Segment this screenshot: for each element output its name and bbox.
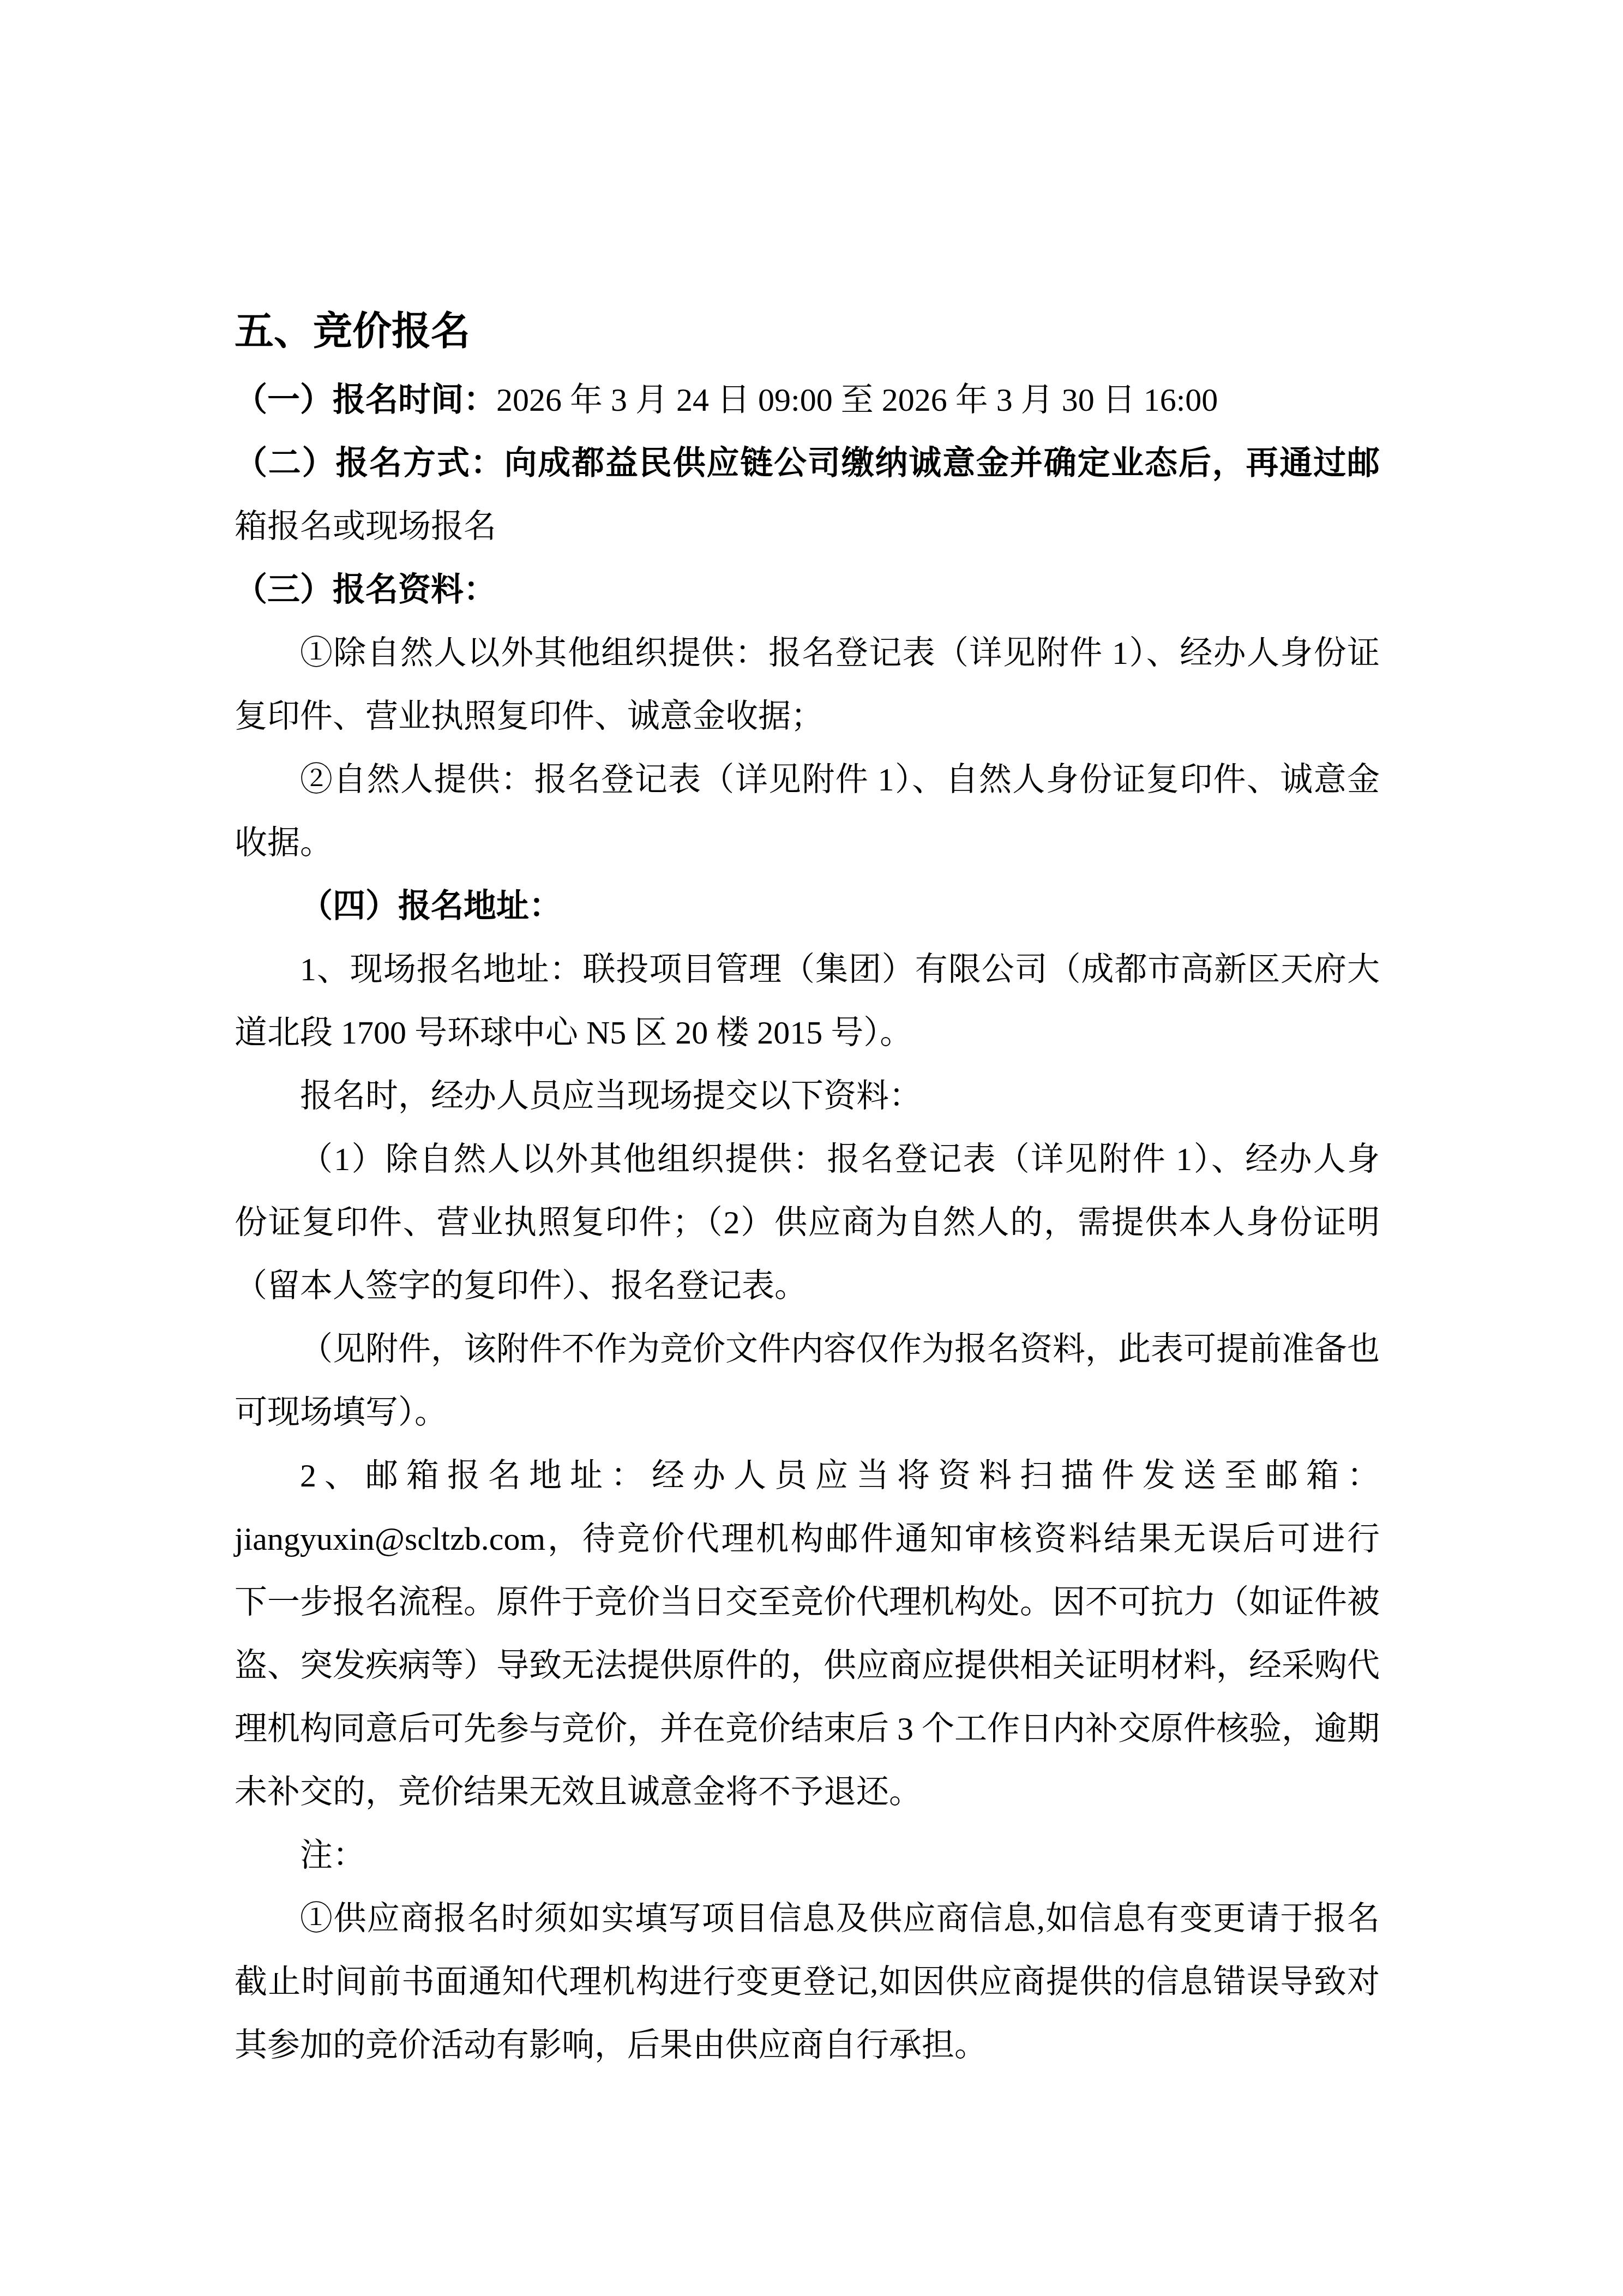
text-segment: 1、现场报名地址：联投项目管理（集团）有限公司（成都市高新区天府大 xyxy=(300,951,1380,987)
text-segment: ①除自然人以外其他组织提供：报名登记表（详见附件 1）、经办人身份证 xyxy=(300,635,1380,671)
text-line: ②自然人提供：报名登记表（详见附件 1）、自然人身份证复印件、诚意金 xyxy=(235,748,1380,811)
text-segment-bold: （二）报名方式：向成都益民供应链公司缴纳诚意金并确定业态后，再通过邮 xyxy=(235,445,1380,481)
text-segment: jiangyuxin@scltzb.com，待竞价代理机构邮件通知审核资料结果无… xyxy=(235,1521,1380,1557)
text-segment-bold: （三）报名资料： xyxy=(235,572,496,608)
text-line: 盗、突发疾病等）导致无法提供原件的，供应商应提供相关证明材料，经采购代 xyxy=(235,1634,1380,1697)
text-segment: 可现场填写）。 xyxy=(235,1394,447,1430)
text-line: 未补交的，竞价结果无效且诚意金将不予退还。 xyxy=(235,1760,1380,1824)
text-line: ①供应商报名时须如实填写项目信息及供应商信息,如信息有变更请于报名 xyxy=(235,1887,1380,1950)
text-segment: 箱报名或现场报名 xyxy=(235,508,496,544)
text-line: 2、邮箱报名地址：经办人员应当将资料扫描件发送至邮箱： xyxy=(235,1444,1380,1507)
text-line: （一）报名时间：2026 年 3 月 24 日 09:00 至 2026 年 3… xyxy=(235,368,1380,431)
text-segment: 份证复印件、营业执照复印件；（2）供应商为自然人的，需提供本人身份证明 xyxy=(235,1204,1380,1240)
text-line: （1）除自然人以外其他组织提供：报名登记表（详见附件 1）、经办人身 xyxy=(235,1128,1380,1191)
text-line: 份证复印件、营业执照复印件；（2）供应商为自然人的，需提供本人身份证明 xyxy=(235,1191,1380,1254)
text-line: （留本人签字的复印件）、报名登记表。 xyxy=(235,1254,1380,1317)
text-segment: 注： xyxy=(300,1837,365,1873)
text-segment: 理机构同意后可先参与竞价，并在竞价结束后 3 个工作日内补交原件核验，逾期 xyxy=(235,1711,1380,1747)
text-segment: ②自然人提供：报名登记表（详见附件 1）、自然人身份证复印件、诚意金 xyxy=(300,762,1380,798)
text-segment: 复印件、营业执照复印件、诚意金收据； xyxy=(235,698,823,734)
text-segment: 其参加的竞价活动有影响，后果由供应商自行承担。 xyxy=(235,2027,987,2063)
text-line: （见附件，该附件不作为竞价文件内容仅作为报名资料，此表可提前准备也 xyxy=(235,1317,1380,1381)
text-line: 注： xyxy=(235,1824,1380,1887)
section-heading: 五、竞价报名 xyxy=(235,297,1380,365)
text-segment: 2026 年 3 月 24 日 09:00 至 2026 年 3 月 30 日 … xyxy=(496,382,1218,418)
text-segment: 截止时间前书面通知代理机构进行变更登记,如因供应商提供的信息错误导致对 xyxy=(235,1964,1380,2000)
text-line: 下一步报名流程。原件于竞价当日交至竞价代理机构处。因不可抗力（如证件被 xyxy=(235,1570,1380,1634)
text-line: 1、现场报名地址：联投项目管理（集团）有限公司（成都市高新区天府大 xyxy=(235,938,1380,1001)
text-segment: 未补交的，竞价结果无效且诚意金将不予退还。 xyxy=(235,1774,922,1810)
text-segment: ①供应商报名时须如实填写项目信息及供应商信息,如信息有变更请于报名 xyxy=(300,1901,1380,1937)
text-line: 道北段 1700 号环球中心 N5 区 20 楼 2015 号）。 xyxy=(235,1001,1380,1064)
text-segment: （1）除自然人以外其他组织提供：报名登记表（详见附件 1）、经办人身 xyxy=(300,1141,1380,1177)
text-segment: 收据。 xyxy=(235,825,333,861)
text-line: 可现场填写）。 xyxy=(235,1381,1380,1444)
text-line: 报名时，经办人员应当现场提交以下资料： xyxy=(235,1064,1380,1128)
text-line: jiangyuxin@scltzb.com，待竞价代理机构邮件通知审核资料结果无… xyxy=(235,1507,1380,1570)
document-page: 五、竞价报名 （一）报名时间：2026 年 3 月 24 日 09:00 至 2… xyxy=(0,0,1623,2296)
text-line: 理机构同意后可先参与竞价，并在竞价结束后 3 个工作日内补交原件核验，逾期 xyxy=(235,1697,1380,1760)
text-line: 其参加的竞价活动有影响，后果由供应商自行承担。 xyxy=(235,2013,1380,2077)
text-segment-bold: （四）报名地址： xyxy=(300,888,562,924)
text-line: 箱报名或现场报名 xyxy=(235,495,1380,558)
text-segment: 道北段 1700 号环球中心 N5 区 20 楼 2015 号）。 xyxy=(235,1015,912,1051)
text-line: 截止时间前书面通知代理机构进行变更登记,如因供应商提供的信息错误导致对 xyxy=(235,1950,1380,2013)
document-body: （一）报名时间：2026 年 3 月 24 日 09:00 至 2026 年 3… xyxy=(235,368,1380,2077)
text-segment: 2、邮箱报名地址：经办人员应当将资料扫描件发送至邮箱： xyxy=(300,1458,1380,1494)
text-line: ①除自然人以外其他组织提供：报名登记表（详见附件 1）、经办人身份证 xyxy=(235,621,1380,685)
text-line: （二）报名方式：向成都益民供应链公司缴纳诚意金并确定业态后，再通过邮 xyxy=(235,431,1380,495)
text-line: 复印件、营业执照复印件、诚意金收据； xyxy=(235,685,1380,748)
text-segment: 盗、突发疾病等）导致无法提供原件的，供应商应提供相关证明材料，经采购代 xyxy=(235,1647,1380,1683)
text-line: （四）报名地址： xyxy=(235,874,1380,938)
text-segment: （留本人签字的复印件）、报名登记表。 xyxy=(235,1268,807,1304)
text-line: （三）报名资料： xyxy=(235,558,1380,621)
text-line: 收据。 xyxy=(235,811,1380,874)
text-segment-bold: （一）报名时间： xyxy=(235,382,496,418)
text-segment: 报名时，经办人员应当现场提交以下资料： xyxy=(300,1078,922,1114)
text-segment: 下一步报名流程。原件于竞价当日交至竞价代理机构处。因不可抗力（如证件被 xyxy=(235,1584,1380,1620)
text-segment: （见附件，该附件不作为竞价文件内容仅作为报名资料，此表可提前准备也 xyxy=(300,1331,1380,1367)
